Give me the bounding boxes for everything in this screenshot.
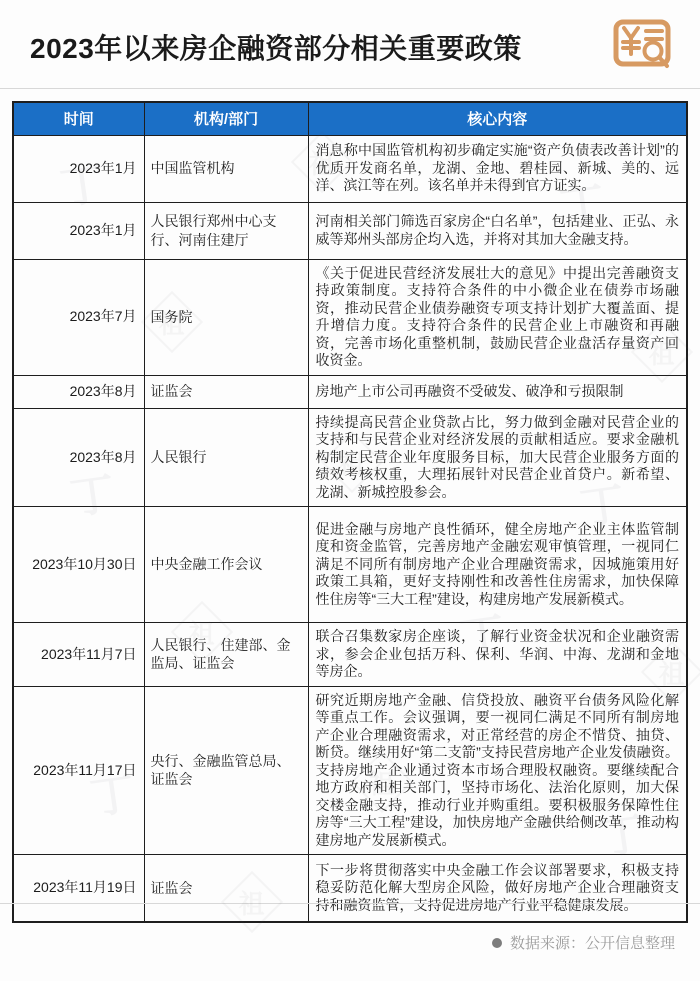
policy-table-body: 2023年1月 中国监管机构 消息称中国监管机构初步确定实施“资产负债表改善计划… — [13, 135, 687, 922]
footer-divider — [0, 903, 700, 904]
page-title: 2023年以来房企融资部分相关重要政策 — [30, 27, 522, 67]
policy-content: 房地产上市公司再融资不受破发、破净和亏损限制 — [308, 375, 687, 408]
page-header: 2023年以来房企融资部分相关重要政策 — [0, 0, 700, 88]
policy-row: 2023年11月7日 人民银行、住建部、金监局、证监会 联合召集数家房企座谈，了… — [13, 623, 687, 687]
policy-org: 证监会 — [144, 855, 308, 922]
policy-time: 2023年8月 — [13, 408, 144, 507]
policy-content: 联合召集数家房企座谈，了解行业资金状况和企业融资需求，参会企业包括万科、保利、华… — [308, 623, 687, 687]
policy-time: 2023年7月 — [13, 259, 144, 375]
policy-content: 河南相关部门筛选百家房企“白名单”，包括建业、正弘、永威等郑州头部房企均入选，并… — [308, 202, 687, 259]
policy-time: 2023年11月19日 — [13, 855, 144, 922]
policy-content: 《关于促进民营经济发展壮大的意见》中提出完善融资支持政策制度。支持符合条件的中小… — [308, 259, 687, 375]
policy-content: 下一步将贯彻落实中央金融工作会议部署要求，积极支持稳妥防范化解大型房企风险，做好… — [308, 855, 687, 922]
table-area: 时间 机构/部门 核心内容 2023年1月 中国监管机构 消息称中国监管机构初步… — [12, 101, 688, 923]
policy-org: 人民银行 — [144, 408, 308, 507]
policy-time: 2023年10月30日 — [13, 507, 144, 623]
policy-org: 人民银行、住建部、金监局、证监会 — [144, 623, 308, 687]
policy-row: 2023年1月 人民银行郑州中心支行、河南住建厅 河南相关部门筛选百家房企“白名… — [13, 202, 687, 259]
policy-org: 中央金融工作会议 — [144, 507, 308, 623]
policy-org: 中国监管机构 — [144, 135, 308, 202]
policy-time: 2023年11月17日 — [13, 686, 144, 855]
source-note: 数据来源：公开信息整理 — [510, 932, 675, 953]
policy-row: 2023年10月30日 中央金融工作会议 促进金融与房地产良性循环，健全房地产企… — [13, 507, 687, 623]
col-header-time: 时间 — [13, 102, 144, 135]
policy-row: 2023年11月19日 证监会 下一步将贯彻落实中央金融工作会议部署要求，积极支… — [13, 855, 687, 922]
policy-table: 时间 机构/部门 核心内容 2023年1月 中国监管机构 消息称中国监管机构初步… — [12, 101, 688, 923]
policy-row: 2023年8月 证监会 房地产上市公司再融资不受破发、破净和亏损限制 — [13, 375, 687, 408]
header-divider — [0, 88, 700, 89]
policy-org: 央行、金融监管总局、证监会 — [144, 686, 308, 855]
policy-time: 2023年1月 — [13, 202, 144, 259]
policy-row: 2023年1月 中国监管机构 消息称中国监管机构初步确定实施“资产负债表改善计划… — [13, 135, 687, 202]
table-header-row: 时间 机构/部门 核心内容 — [13, 102, 687, 135]
policy-content: 持续提高民营企业贷款占比，努力做到金融对民营企业的支持和与民营企业对经济发展的贡… — [308, 408, 687, 507]
policy-time: 2023年1月 — [13, 135, 144, 202]
page: 2023年以来房企融资部分相关重要政策 — [0, 0, 700, 981]
policy-org: 人民银行郑州中心支行、河南住建厅 — [144, 202, 308, 259]
bullet-dot-icon — [492, 938, 502, 948]
policy-org: 证监会 — [144, 375, 308, 408]
policy-content: 消息称中国监管机构初步确定实施“资产负债表改善计划”的优质开发商名单，龙湖、金地… — [308, 135, 687, 202]
source-footer: 数据来源：公开信息整理 — [492, 932, 675, 953]
policy-row: 2023年11月17日 央行、金融监管总局、证监会 研究近期房地产金融、信贷投放… — [13, 686, 687, 855]
policy-content: 促进金融与房地产良性循环，健全房地产企业主体监管制度和资金监管，完善房地产金融宏… — [308, 507, 687, 623]
policy-org: 国务院 — [144, 259, 308, 375]
policy-content: 研究近期房地产金融、信贷投放、融资平台债务风险化解等重点工作。会议强调，要一视同… — [308, 686, 687, 855]
policy-time: 2023年11月7日 — [13, 623, 144, 687]
yuan-receipt-search-icon — [612, 19, 676, 75]
col-header-org: 机构/部门 — [144, 102, 308, 135]
policy-time: 2023年8月 — [13, 375, 144, 408]
policy-row: 2023年7月 国务院 《关于促进民营经济发展壮大的意见》中提出完善融资支持政策… — [13, 259, 687, 375]
policy-row: 2023年8月 人民银行 持续提高民营企业贷款占比，努力做到金融对民营企业的支持… — [13, 408, 687, 507]
col-header-content: 核心内容 — [308, 102, 687, 135]
